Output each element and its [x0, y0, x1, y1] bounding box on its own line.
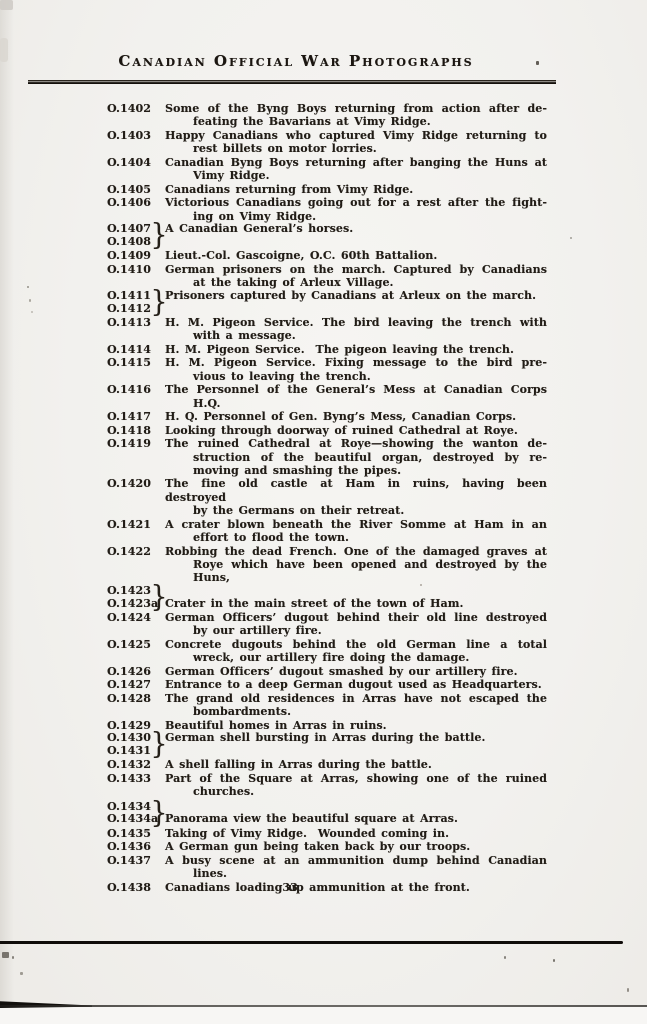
catalog-entry: O.1421A crater blown beneath the River S…	[107, 518, 547, 545]
entry-description: Looking through doorway of ruined Cathed…	[165, 424, 547, 437]
scan-speck	[27, 286, 29, 288]
catalog-entry: O.1432A shell falling in Arras during th…	[107, 758, 547, 771]
entry-description: Taking of Vimy Ridge. Wounded coming in.	[165, 827, 547, 840]
entry-text-line: H. M. Pigeon Service. The bird leaving t…	[165, 316, 547, 329]
catalog-entry: O.1436A German gun being taken back by o…	[107, 840, 547, 853]
catalog-entry: O.1415H. M. Pigeon Service. Fixing messa…	[107, 356, 547, 383]
entry-number: O.1421	[107, 518, 151, 531]
entry-description: Some of the Byng Boys returning from act…	[165, 102, 547, 129]
scan-speck	[20, 972, 23, 975]
entry-text-line: Robbing the dead French. One of the dama…	[165, 545, 547, 558]
page-number: 33	[0, 881, 580, 894]
entry-description: Victorious Canadians going out for a res…	[165, 196, 547, 223]
catalog-entry: O.1419The ruined Cathedral at Roye—showi…	[107, 437, 547, 477]
entry-number: O.1419	[107, 437, 151, 450]
entry-text-line: The fine old castle at Ham in ruins, hav…	[165, 477, 547, 504]
entry-number: O.1432	[107, 758, 151, 771]
entry-text-line: The grand old residences in Arras have n…	[165, 692, 547, 705]
entry-number: O.1414	[107, 343, 151, 356]
entry-number: O.1429	[107, 719, 151, 732]
catalog-entry: O.1433Part of the Square at Arras, showi…	[107, 772, 547, 799]
entry-description: Happy Canadians who captured Vimy Ridge …	[165, 129, 547, 156]
entry-number: O.1405	[107, 183, 151, 196]
catalog-entry: O.1426German Officers’ dugout smashed by…	[107, 665, 547, 678]
entry-text-line: churches.	[165, 785, 547, 798]
entry-number: O.1416	[107, 383, 151, 396]
catalog-entry: O.1435Taking of Vimy Ridge. Wounded comi…	[107, 827, 547, 840]
entry-description: A German gun being taken back by our tro…	[165, 840, 547, 853]
entry-text-line: struction of the beautiful organ, destro…	[165, 451, 547, 464]
catalog-entry-group: O.1411O.1412}Prisoners captured by Canad…	[107, 290, 547, 316]
entry-description: A shell falling in Arras during the batt…	[165, 758, 547, 771]
catalog-entry-group: O.1430O.1431}German shell bursting in Ar…	[107, 732, 547, 758]
catalog-entry: O.1402Some of the Byng Boys returning fr…	[107, 102, 547, 129]
scan-speck	[420, 584, 422, 586]
entry-text-line: Victorious Canadians going out for a res…	[165, 196, 547, 209]
catalog-entry: O.1428The grand old residences in Arras …	[107, 692, 547, 719]
scan-speck	[627, 988, 629, 992]
entry-number: O.1410	[107, 263, 151, 276]
entry-description: A busy scene at an ammunition dump behin…	[165, 854, 547, 881]
catalog-entry: O.1416The Personnel of the General’s Mes…	[107, 383, 547, 410]
entry-text: Panorama view the beautiful square at Ar…	[165, 813, 547, 826]
entry-number: O.1427	[107, 678, 151, 691]
catalog-entry: O.1403Happy Canadians who captured Vimy …	[107, 129, 547, 156]
scan-speck	[570, 237, 572, 239]
entry-description: The Personnel of the General’s Mess at C…	[165, 383, 547, 410]
entry-text-line: Huns,	[165, 571, 547, 584]
catalog-entry: O.1405Canadians returning from Vimy Ridg…	[107, 183, 547, 196]
entry-description: Entrance to a deep German dugout used as…	[165, 678, 547, 691]
entry-text-line: Canadians returning from Vimy Ridge.	[165, 183, 547, 196]
entry-text-line: German prisoners on the march. Captured …	[165, 263, 547, 276]
entry-number: O.1431	[107, 745, 547, 758]
bottom-rule	[0, 941, 623, 944]
entry-number: O.1424	[107, 611, 151, 624]
entry-text-line: rest billets on motor lorries.	[165, 142, 547, 155]
entry-number: O.1437	[107, 854, 151, 867]
entry-text-line: A German gun being taken back by our tro…	[165, 840, 547, 853]
entry-text-line: bombardments.	[165, 705, 547, 718]
entry-description: German Officers’ dugout smashed by our a…	[165, 665, 547, 678]
scan-speck	[12, 956, 14, 959]
entry-text-line: H. M. Pigeon Service. The pigeon leaving…	[165, 343, 547, 356]
entry-number: O.1428	[107, 692, 151, 705]
catalog-entry-group: O.1423O.1423a}Crater in the main street …	[107, 585, 547, 611]
catalog-entry: O.1404Canadian Byng Boys returning after…	[107, 156, 547, 183]
entry-description: Beautiful homes in Arras in ruins.	[165, 719, 547, 732]
entry-description: The ruined Cathedral at Roye—showing the…	[165, 437, 547, 477]
entry-text-line: Taking of Vimy Ridge. Wounded coming in.	[165, 827, 547, 840]
entry-number: O.1420	[107, 477, 151, 490]
entry-text-line: German Officers’ dugout smashed by our a…	[165, 665, 547, 678]
scan-speck	[31, 311, 33, 313]
catalog-entries: O.1402Some of the Byng Boys returning fr…	[107, 102, 547, 894]
entry-text-line: Vimy Ridge.	[165, 169, 547, 182]
entry-number: O.1402	[107, 102, 151, 115]
entry-description: Concrete dugouts behind the old German l…	[165, 638, 547, 665]
entry-number: O.1403	[107, 129, 151, 142]
entry-text-line: ing on Vimy Ridge.	[165, 210, 547, 223]
page-title: Canadian Official War Photographs	[0, 52, 592, 70]
scan-speck	[0, 38, 8, 62]
catalog-entry: O.1406Victorious Canadians going out for…	[107, 196, 547, 223]
entry-text-line: Some of the Byng Boys returning from act…	[165, 102, 547, 115]
entry-text-line: A shell falling in Arras during the batt…	[165, 758, 547, 771]
entry-text-line: Roye which have been opened and destroye…	[165, 558, 547, 571]
entry-number: O.1426	[107, 665, 151, 678]
entry-description: German Officers’ dugout behind their old…	[165, 611, 547, 638]
catalog-entry: O.1420The fine old castle at Ham in ruin…	[107, 477, 547, 517]
catalog-entry: O.1425Concrete dugouts behind the old Ge…	[107, 638, 547, 665]
entry-number: O.1422	[107, 545, 151, 558]
scan-speck	[553, 959, 555, 962]
entry-text-line: by the Germans on their retreat.	[165, 504, 547, 517]
scan-speck	[0, 0, 13, 10]
entry-description: German prisoners on the march. Captured …	[165, 263, 547, 290]
entry-number: O.1413	[107, 316, 151, 329]
entry-text-line: Beautiful homes in Arras in ruins.	[165, 719, 547, 732]
entry-description: Part of the Square at Arras, showing one…	[165, 772, 547, 799]
entry-number: O.1436	[107, 840, 151, 853]
entry-number: O.1409	[107, 249, 151, 262]
catalog-entry: O.1429Beautiful homes in Arras in ruins.	[107, 719, 547, 732]
entry-number: O.1412	[107, 303, 547, 316]
next-page-strip	[0, 1007, 647, 1024]
entry-text: Prisoners captured by Canadians at Arleu…	[165, 290, 547, 303]
entry-description: Canadians returning from Vimy Ridge.	[165, 183, 547, 196]
catalog-entry: O.1409Lieut.-Col. Gascoigne, O.C. 60th B…	[107, 249, 547, 262]
catalog-entry: O.1418Looking through doorway of ruined …	[107, 424, 547, 437]
entry-description: Lieut.-Col. Gascoigne, O.C. 60th Battali…	[165, 249, 547, 262]
page-edge-line	[0, 1005, 647, 1007]
entry-text-line: Lieut.-Col. Gascoigne, O.C. 60th Battali…	[165, 249, 547, 262]
entry-number: O.1415	[107, 356, 151, 369]
entry-description: A crater blown beneath the River Somme a…	[165, 518, 547, 545]
entry-description: Robbing the dead French. One of the dama…	[165, 545, 547, 585]
header-rule	[28, 80, 556, 84]
catalog-entry-group: O.1434O.1434a}Panorama view the beautifu…	[107, 801, 547, 827]
entry-description: The grand old residences in Arras have n…	[165, 692, 547, 719]
entry-text-line: Part of the Square at Arras, showing one…	[165, 772, 547, 785]
entry-text-line: vious to leaving the trench.	[165, 370, 547, 383]
scan-speck	[536, 61, 539, 65]
scan-speck	[2, 952, 9, 958]
catalog-entry: O.1422Robbing the dead French. One of th…	[107, 545, 547, 585]
entry-number: O.1404	[107, 156, 151, 169]
entry-number: O.1423	[107, 585, 547, 598]
entry-text-line: The ruined Cathedral at Roye—showing the…	[165, 437, 547, 450]
entry-description: The fine old castle at Ham in ruins, hav…	[165, 477, 547, 517]
entry-text-line: A crater blown beneath the River Somme a…	[165, 518, 547, 531]
entry-number: O.1433	[107, 772, 151, 785]
catalog-entry: O.1413H. M. Pigeon Service. The bird lea…	[107, 316, 547, 343]
entry-text-line: feating the Bavarians at Vimy Ridge.	[165, 115, 547, 128]
entry-text-line: H. Q. Personnel of Gen. Byng’s Mess, Can…	[165, 410, 547, 423]
catalog-entry: O.1437A busy scene at an ammunition dump…	[107, 854, 547, 881]
catalog-entry: O.1424German Officers’ dugout behind the…	[107, 611, 547, 638]
entry-description: H. Q. Personnel of Gen. Byng’s Mess, Can…	[165, 410, 547, 423]
entry-text-line: moving and smashing the pipes.	[165, 464, 547, 477]
entry-text-line: by our artillery fire.	[165, 624, 547, 637]
entry-text-line: H. M. Pigeon Service. Fixing message to …	[165, 356, 547, 369]
entry-text-line: effort to flood the town.	[165, 531, 547, 544]
scanned-book-page: Canadian Official War Photographs O.1402…	[0, 0, 647, 1024]
catalog-entry: O.1417H. Q. Personnel of Gen. Byng’s Mes…	[107, 410, 547, 423]
catalog-entry: O.1427Entrance to a deep German dugout u…	[107, 678, 547, 691]
scan-speck	[504, 956, 506, 959]
entry-text-line: A busy scene at an ammunition dump behin…	[165, 854, 547, 867]
entry-description: Canadian Byng Boys returning after bangi…	[165, 156, 547, 183]
entry-text: A Canadian General’s horses.	[165, 223, 547, 236]
entry-text-line: lines.	[165, 867, 547, 880]
entry-text-line: with a message.	[165, 329, 547, 342]
entry-text-line: German Officers’ dugout behind their old…	[165, 611, 547, 624]
catalog-entry: O.1414H. M. Pigeon Service. The pigeon l…	[107, 343, 547, 356]
catalog-entry-group: O.1407O.1408}A Canadian General’s horses…	[107, 223, 547, 249]
catalog-entry: O.1410German prisoners on the march. Cap…	[107, 263, 547, 290]
entry-description: H. M. Pigeon Service. The bird leaving t…	[165, 316, 547, 343]
entry-number: O.1408	[107, 236, 547, 249]
entry-number: O.1425	[107, 638, 151, 651]
entry-text-line: Happy Canadians who captured Vimy Ridge …	[165, 129, 547, 142]
entry-number: O.1417	[107, 410, 151, 423]
entry-text-line: wreck, our artillery fire doing the dama…	[165, 651, 547, 664]
entry-text-line: Looking through doorway of ruined Cathed…	[165, 424, 547, 437]
entry-number: O.1418	[107, 424, 151, 437]
entry-text: German shell bursting in Arras during th…	[165, 732, 547, 745]
entry-text-line: Concrete dugouts behind the old German l…	[165, 638, 547, 651]
scan-speck	[29, 299, 31, 302]
entry-text-line: Canadian Byng Boys returning after bangi…	[165, 156, 547, 169]
entry-text-line: The Personnel of the General’s Mess at C…	[165, 383, 547, 396]
entry-text-line: Entrance to a deep German dugout used as…	[165, 678, 547, 691]
page-edge-shadow	[0, 1000, 92, 1008]
entry-description: H. M. Pigeon Service. Fixing message to …	[165, 356, 547, 383]
entry-text-line: at the taking of Arleux Village.	[165, 276, 547, 289]
entry-number: O.1435	[107, 827, 151, 840]
entry-text: Crater in the main street of the town of…	[165, 598, 547, 611]
entry-text-line: H.Q.	[165, 397, 547, 410]
entry-number: O.1406	[107, 196, 151, 209]
entry-description: H. M. Pigeon Service. The pigeon leaving…	[165, 343, 547, 356]
